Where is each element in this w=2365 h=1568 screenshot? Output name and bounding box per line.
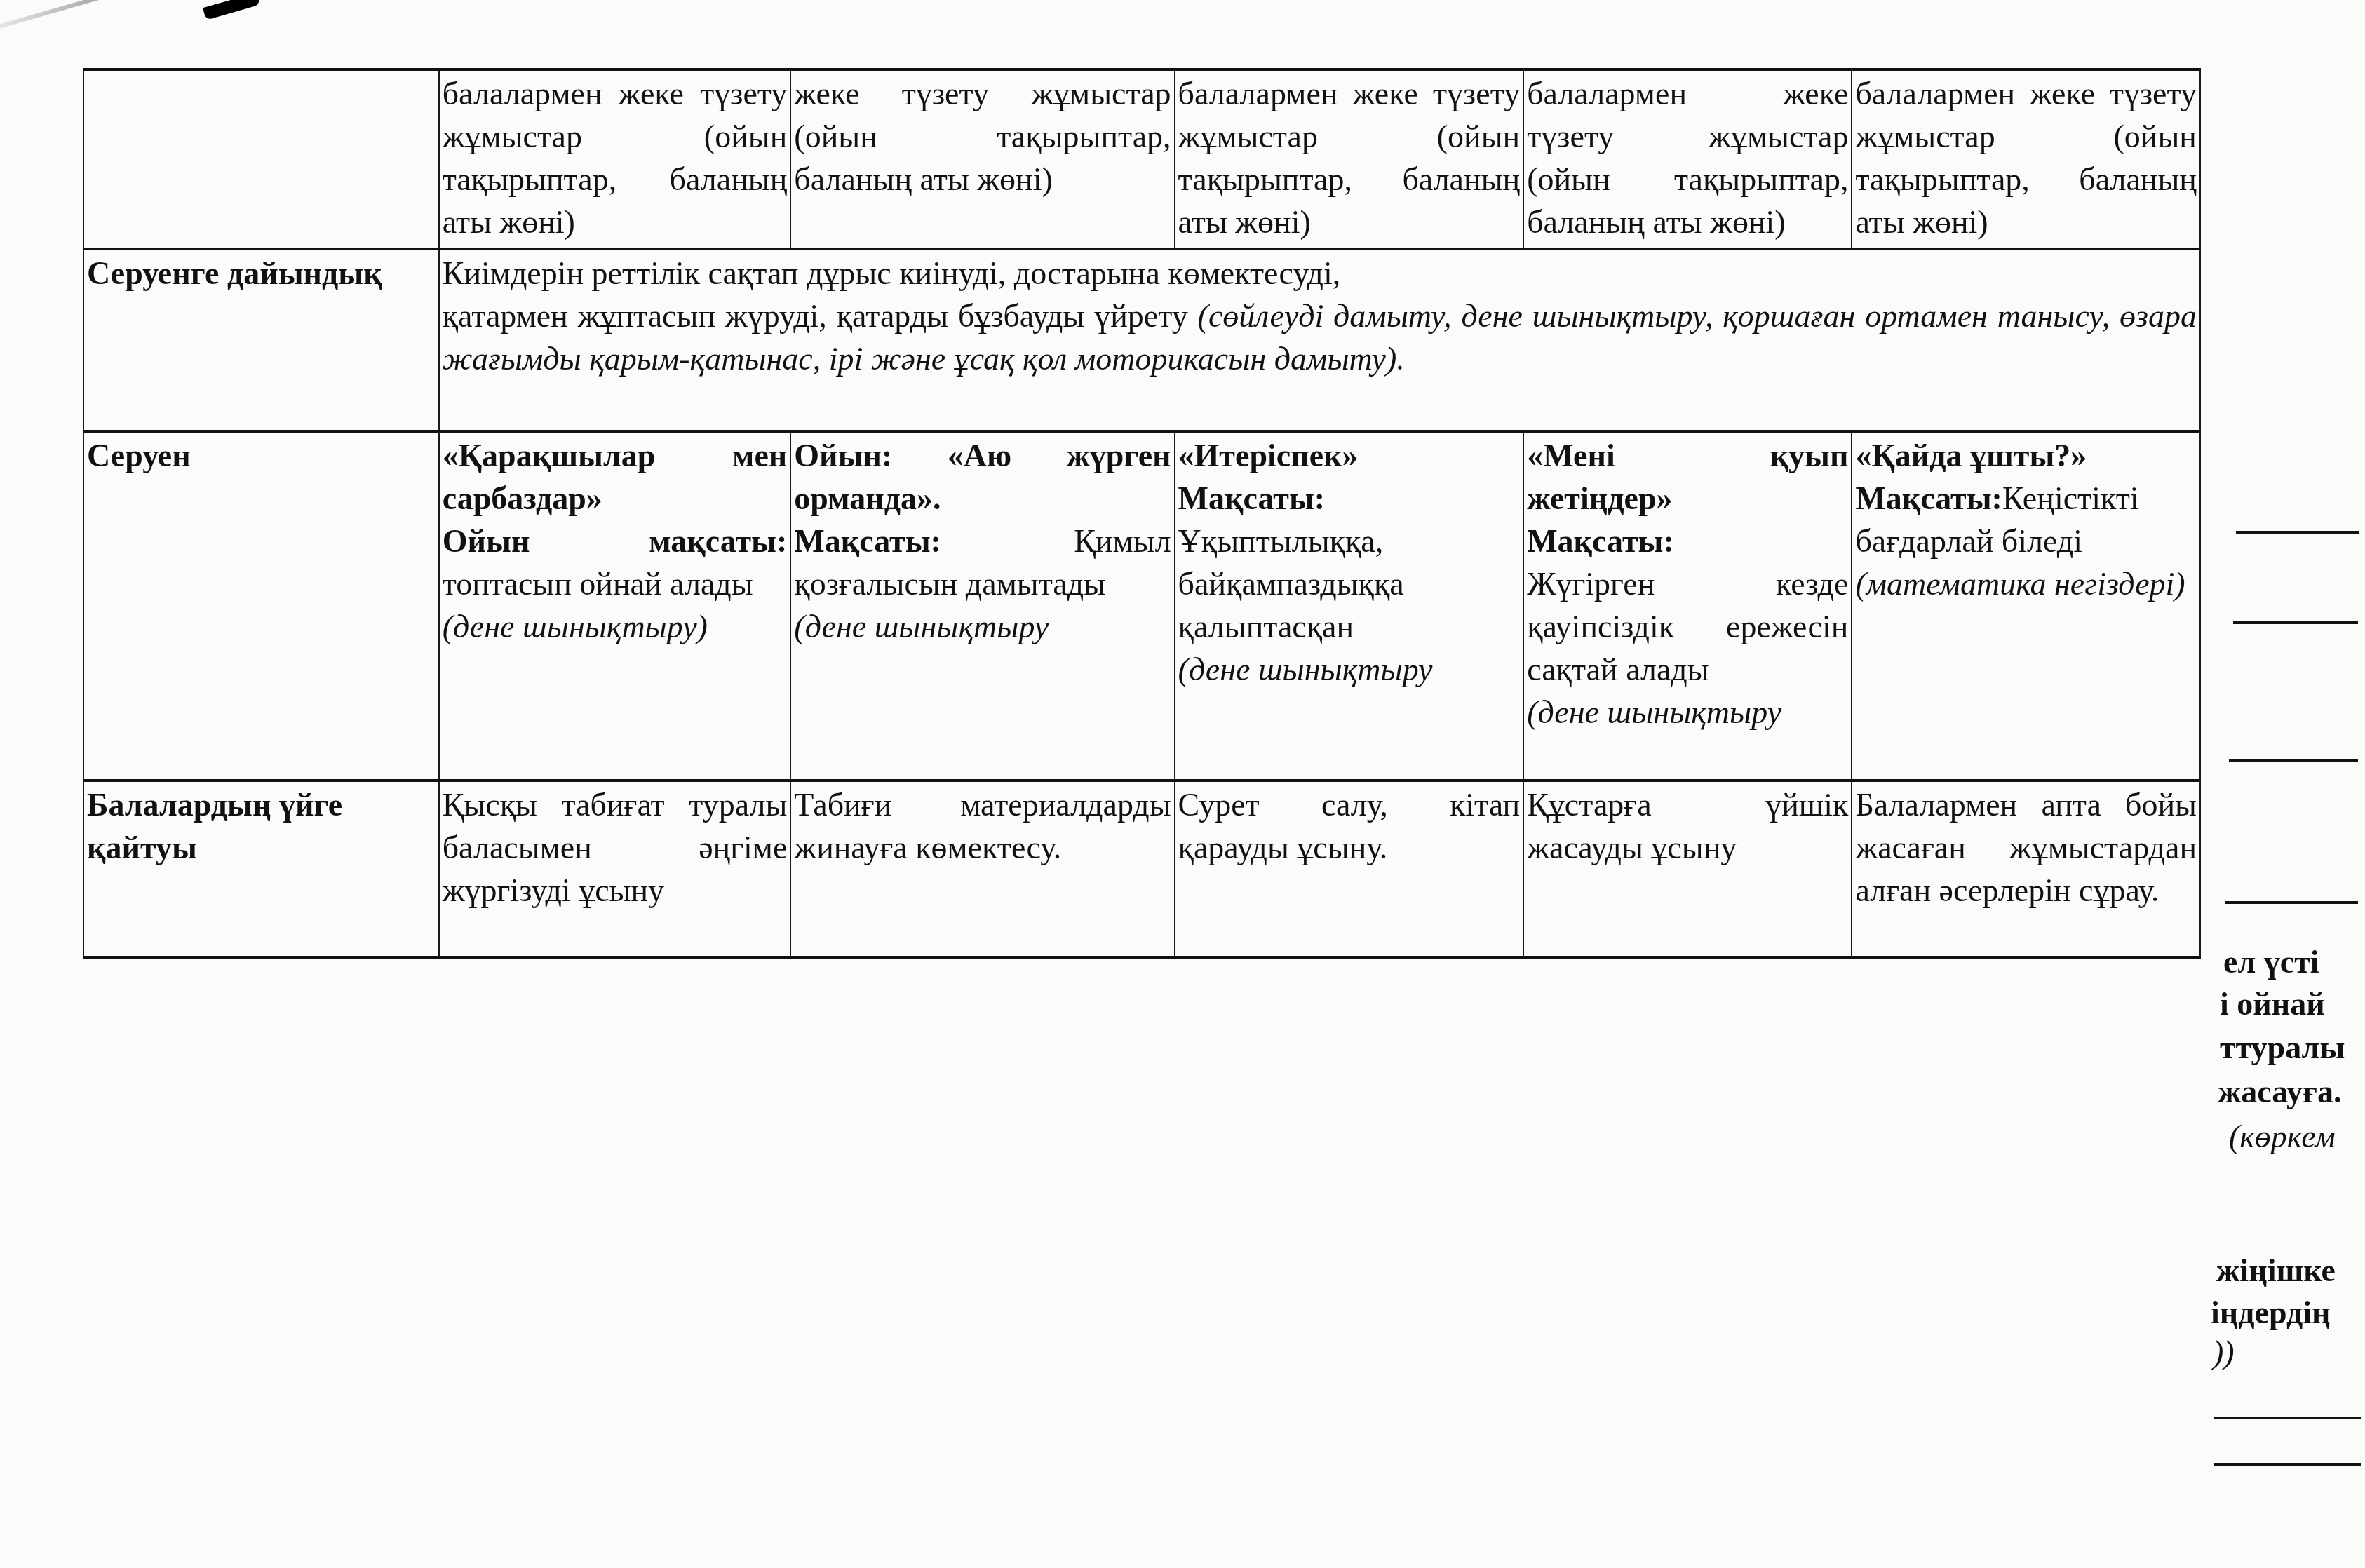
- cell-walk-game-5: «Қайда ұшты?» Мақсаты:Кеңістікті бағдарл…: [1852, 431, 2200, 780]
- row-label-going-home: Балалардың үйге қайтуы: [83, 780, 439, 957]
- cell-individual-work-fri: балалармен жеке түзету жұмыстар (ойын та…: [1852, 69, 2200, 249]
- game-goal-label: Мақсаты:: [1527, 520, 1848, 562]
- cell-individual-work-mon: балалармен жеке түзету жұмыстар (ойын та…: [439, 69, 791, 249]
- cell-individual-work-tue: жеке түзету жұмыстар (ойын тақырыптар, б…: [790, 69, 1174, 249]
- table-row-going-home: Балалардың үйге қайтуы Қысқы табиғат тур…: [83, 780, 2200, 957]
- game-title: «Қарақшылар мен сарбаздар»: [443, 434, 788, 520]
- next-page-rule: [2214, 1463, 2361, 1466]
- cell-going-home-thu: Құстарға үйшік жасауды ұсыну: [1523, 780, 1852, 957]
- game-area: (дене шынықтыру: [1527, 691, 1848, 734]
- daily-plan-table: балалармен жеке түзету жұмыстар (ойын та…: [83, 68, 2201, 959]
- cell-going-home-fri: Балалармен апта бойы жасаған жұмыстардан…: [1852, 780, 2200, 957]
- cell-walk-preparation: Киімдерін реттілік сақтап дұрыс киінуді,…: [439, 249, 2200, 431]
- cell-going-home-mon: Қысқы табиғат туралы баласымен әңгіме жү…: [439, 780, 791, 957]
- row-label-walk: Серуен: [83, 431, 439, 780]
- game-title: «Итеріспек»: [1178, 434, 1521, 477]
- cell-going-home-wed: Сурет салу, кітап қарауды ұсыну.: [1175, 780, 1524, 957]
- next-page-rule: [2229, 759, 2358, 762]
- cell-walk-game-2: Ойын: «Аю жүрген орманда». Мақсаты: Қимы…: [790, 431, 1174, 780]
- game-goal-label: Мақсаты:: [1855, 480, 2002, 516]
- cell-walk-game-4: «Мені қуып жетіңдер» Мақсаты: Жүгірген к…: [1523, 431, 1852, 780]
- table-row-individual-work: балалармен жеке түзету жұмыстар (ойын та…: [83, 69, 2200, 249]
- game-goal-label: Ойын мақсаты:: [443, 523, 788, 559]
- cell-walk-game-3: «Итеріспек» Мақсаты: Ұқыптылыққа, байқам…: [1175, 431, 1524, 780]
- next-page-fragment: і ойнай: [2220, 985, 2325, 1022]
- next-page-fragment: жіңішке: [2216, 1252, 2336, 1289]
- next-page-fragment: іңдердің: [2211, 1294, 2331, 1331]
- row-label-walk-preparation: Серуенге дайындық: [83, 249, 439, 431]
- row-label-empty: [83, 69, 439, 249]
- next-page-fragment-italic: )): [2213, 1334, 2235, 1371]
- next-page-fragment: ел үсті: [2223, 943, 2319, 980]
- game-area: (математика негіздері): [1855, 562, 2197, 605]
- cell-individual-work-thu: балалармен жеке түзету жұмыстар (ойын та…: [1523, 69, 1852, 249]
- next-page-rule: [2214, 1417, 2361, 1419]
- pen-tip-mark: [203, 0, 260, 20]
- cell-going-home-tue: Табиғи материалдарды жинауға көмектесу.: [790, 780, 1174, 957]
- next-page-fragment: ттуралы: [2220, 1029, 2345, 1066]
- next-page-fragment-italic: (көркем: [2229, 1118, 2336, 1155]
- game-goal: топтасып ойнай алады: [443, 566, 753, 602]
- next-page-fragment: жасауға.: [2218, 1073, 2341, 1110]
- game-title: Ойын: «Аю жүрген орманда».: [794, 434, 1171, 520]
- walk-prep-line-1: Киімдерін реттілік сақтап дұрыс киінуді,…: [443, 252, 2197, 295]
- next-page-rule: [2225, 901, 2358, 904]
- walk-prep-line-2: қатармен жұптасып жүруді, қатарды бұзбау…: [443, 298, 1188, 334]
- game-goal-label: Мақсаты:: [794, 523, 941, 559]
- table-row-walk-preparation: Серуенге дайындық Киімдерін реттілік сақ…: [83, 249, 2200, 431]
- cell-walk-game-1: «Қарақшылар мен сарбаздар» Ойын мақсаты:…: [439, 431, 791, 780]
- game-title: «Қайда ұшты?»: [1855, 434, 2197, 477]
- game-goal: Жүгірген кезде қауіпсіздік ережесін сақт…: [1527, 566, 1848, 687]
- game-area: (дене шынықтыру): [443, 605, 788, 648]
- table-row-walk: Серуен «Қарақшылар мен сарбаздар» Ойын м…: [83, 431, 2200, 780]
- game-goal: Ұқыптылыққа, байқампаздыққа қалыптасқан: [1178, 523, 1404, 644]
- game-area: (дене шынықтыру: [1178, 648, 1521, 691]
- cell-individual-work-wed: балалармен жеке түзету жұмыстар (ойын та…: [1175, 69, 1524, 249]
- next-page-rule: [2236, 531, 2359, 534]
- game-area: (дене шынықтыру: [794, 605, 1171, 648]
- game-title: «Мені қуып жетіңдер»: [1527, 434, 1848, 520]
- game-goal-label: Мақсаты:: [1178, 477, 1521, 520]
- next-page-rule: [2233, 621, 2358, 624]
